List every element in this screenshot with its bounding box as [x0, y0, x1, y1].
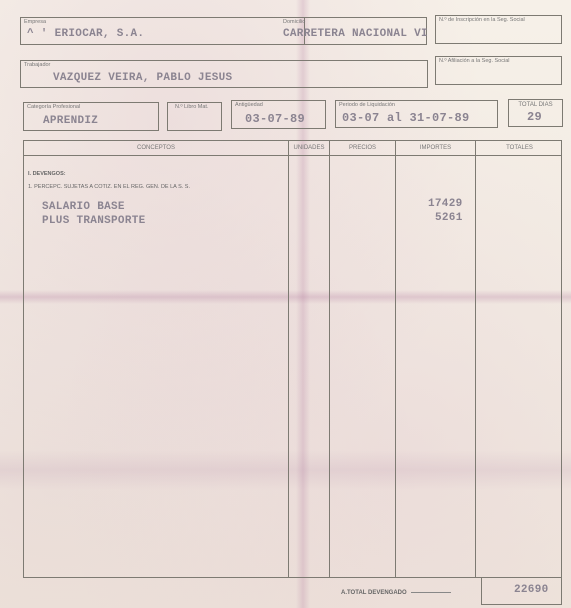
subsection-percepciones: 1. PERCEPC. SUJETAS A COTIZ. EN EL REG. … — [28, 184, 190, 190]
libro-mat-field: N.º Libro Mat. — [167, 102, 222, 131]
row-importe-salario-base: 17429 — [428, 198, 463, 210]
domicilio-field: Domicilio CARRETERA NACIONAL VI — [305, 17, 427, 45]
empresa-value: ^ ' ERIOCAR, S.A. — [27, 28, 144, 40]
trabajador-label: Trabajador — [24, 62, 50, 68]
domicilio-label: Domicilio — [283, 19, 305, 25]
trabajador-field: Trabajador VAZQUEZ VEIRA, PABLO JESUS — [20, 60, 428, 88]
categoria-field: Categoría Profesional APRENDIZ — [23, 102, 159, 131]
row-importe-plus-transporte: 5261 — [435, 212, 463, 224]
categoria-label: Categoría Profesional — [27, 104, 80, 110]
column-precios — [330, 156, 396, 577]
antiguedad-value: 03-07-89 — [245, 112, 305, 126]
trabajador-value: VAZQUEZ VEIRA, PABLO JESUS — [53, 72, 232, 84]
total-devengado-box: 22690 — [481, 577, 562, 605]
row-concepto-plus-transporte: PLUS TRANSPORTE — [42, 215, 146, 227]
inscripcion-ss-field: N.º de Inscripción en la Seg. Social — [435, 15, 562, 44]
empresa-label: Empresa — [24, 19, 46, 25]
conceptos-table: CONCEPTOS UNIDADES PRECIOS IMPORTES TOTA… — [23, 140, 562, 578]
header-totales: TOTALES — [476, 140, 563, 156]
afiliacion-ss-field: N.º Afiliación a la Seg. Social — [435, 56, 562, 85]
header-unidades: UNIDADES — [289, 140, 330, 156]
total-dias-value: 29 — [527, 110, 542, 124]
column-unidades — [289, 156, 330, 577]
total-dias-field: TOTAL DIAS 29 — [508, 99, 563, 127]
afiliacion-ss-label: N.º Afiliación a la Seg. Social — [439, 58, 510, 64]
inscripcion-ss-label: N.º de Inscripción en la Seg. Social — [439, 17, 525, 23]
header-conceptos: CONCEPTOS — [24, 140, 289, 156]
antiguedad-label: Antigüedad — [235, 102, 263, 108]
section-devengos: I. DEVENGOS: — [28, 171, 66, 177]
libro-mat-label: N.º Libro Mat. — [175, 104, 209, 110]
periodo-label: Periodo de Liquidación — [339, 102, 395, 108]
header-precios: PRECIOS — [330, 140, 396, 156]
dotted-leader — [411, 592, 451, 593]
empresa-field: Empresa ^ ' ERIOCAR, S.A. — [20, 17, 305, 45]
categoria-value: APRENDIZ — [43, 115, 98, 127]
periodo-field: Periodo de Liquidación 03-07 al 31-07-89 — [335, 100, 498, 128]
antiguedad-field: Antigüedad 03-07-89 — [231, 100, 326, 129]
row-concepto-salario-base: SALARIO BASE — [42, 201, 125, 213]
header-importes: IMPORTES — [396, 140, 476, 156]
total-devengado-value: 22690 — [514, 584, 549, 596]
total-dias-label: TOTAL DIAS — [509, 102, 562, 108]
total-devengado-text: A.TOTAL DEVENGADO — [341, 590, 407, 596]
domicilio-value: CARRETERA NACIONAL VI — [283, 28, 428, 40]
periodo-value: 03-07 al 31-07-89 — [342, 111, 470, 125]
total-devengado-label: A.TOTAL DEVENGADO — [341, 590, 451, 596]
